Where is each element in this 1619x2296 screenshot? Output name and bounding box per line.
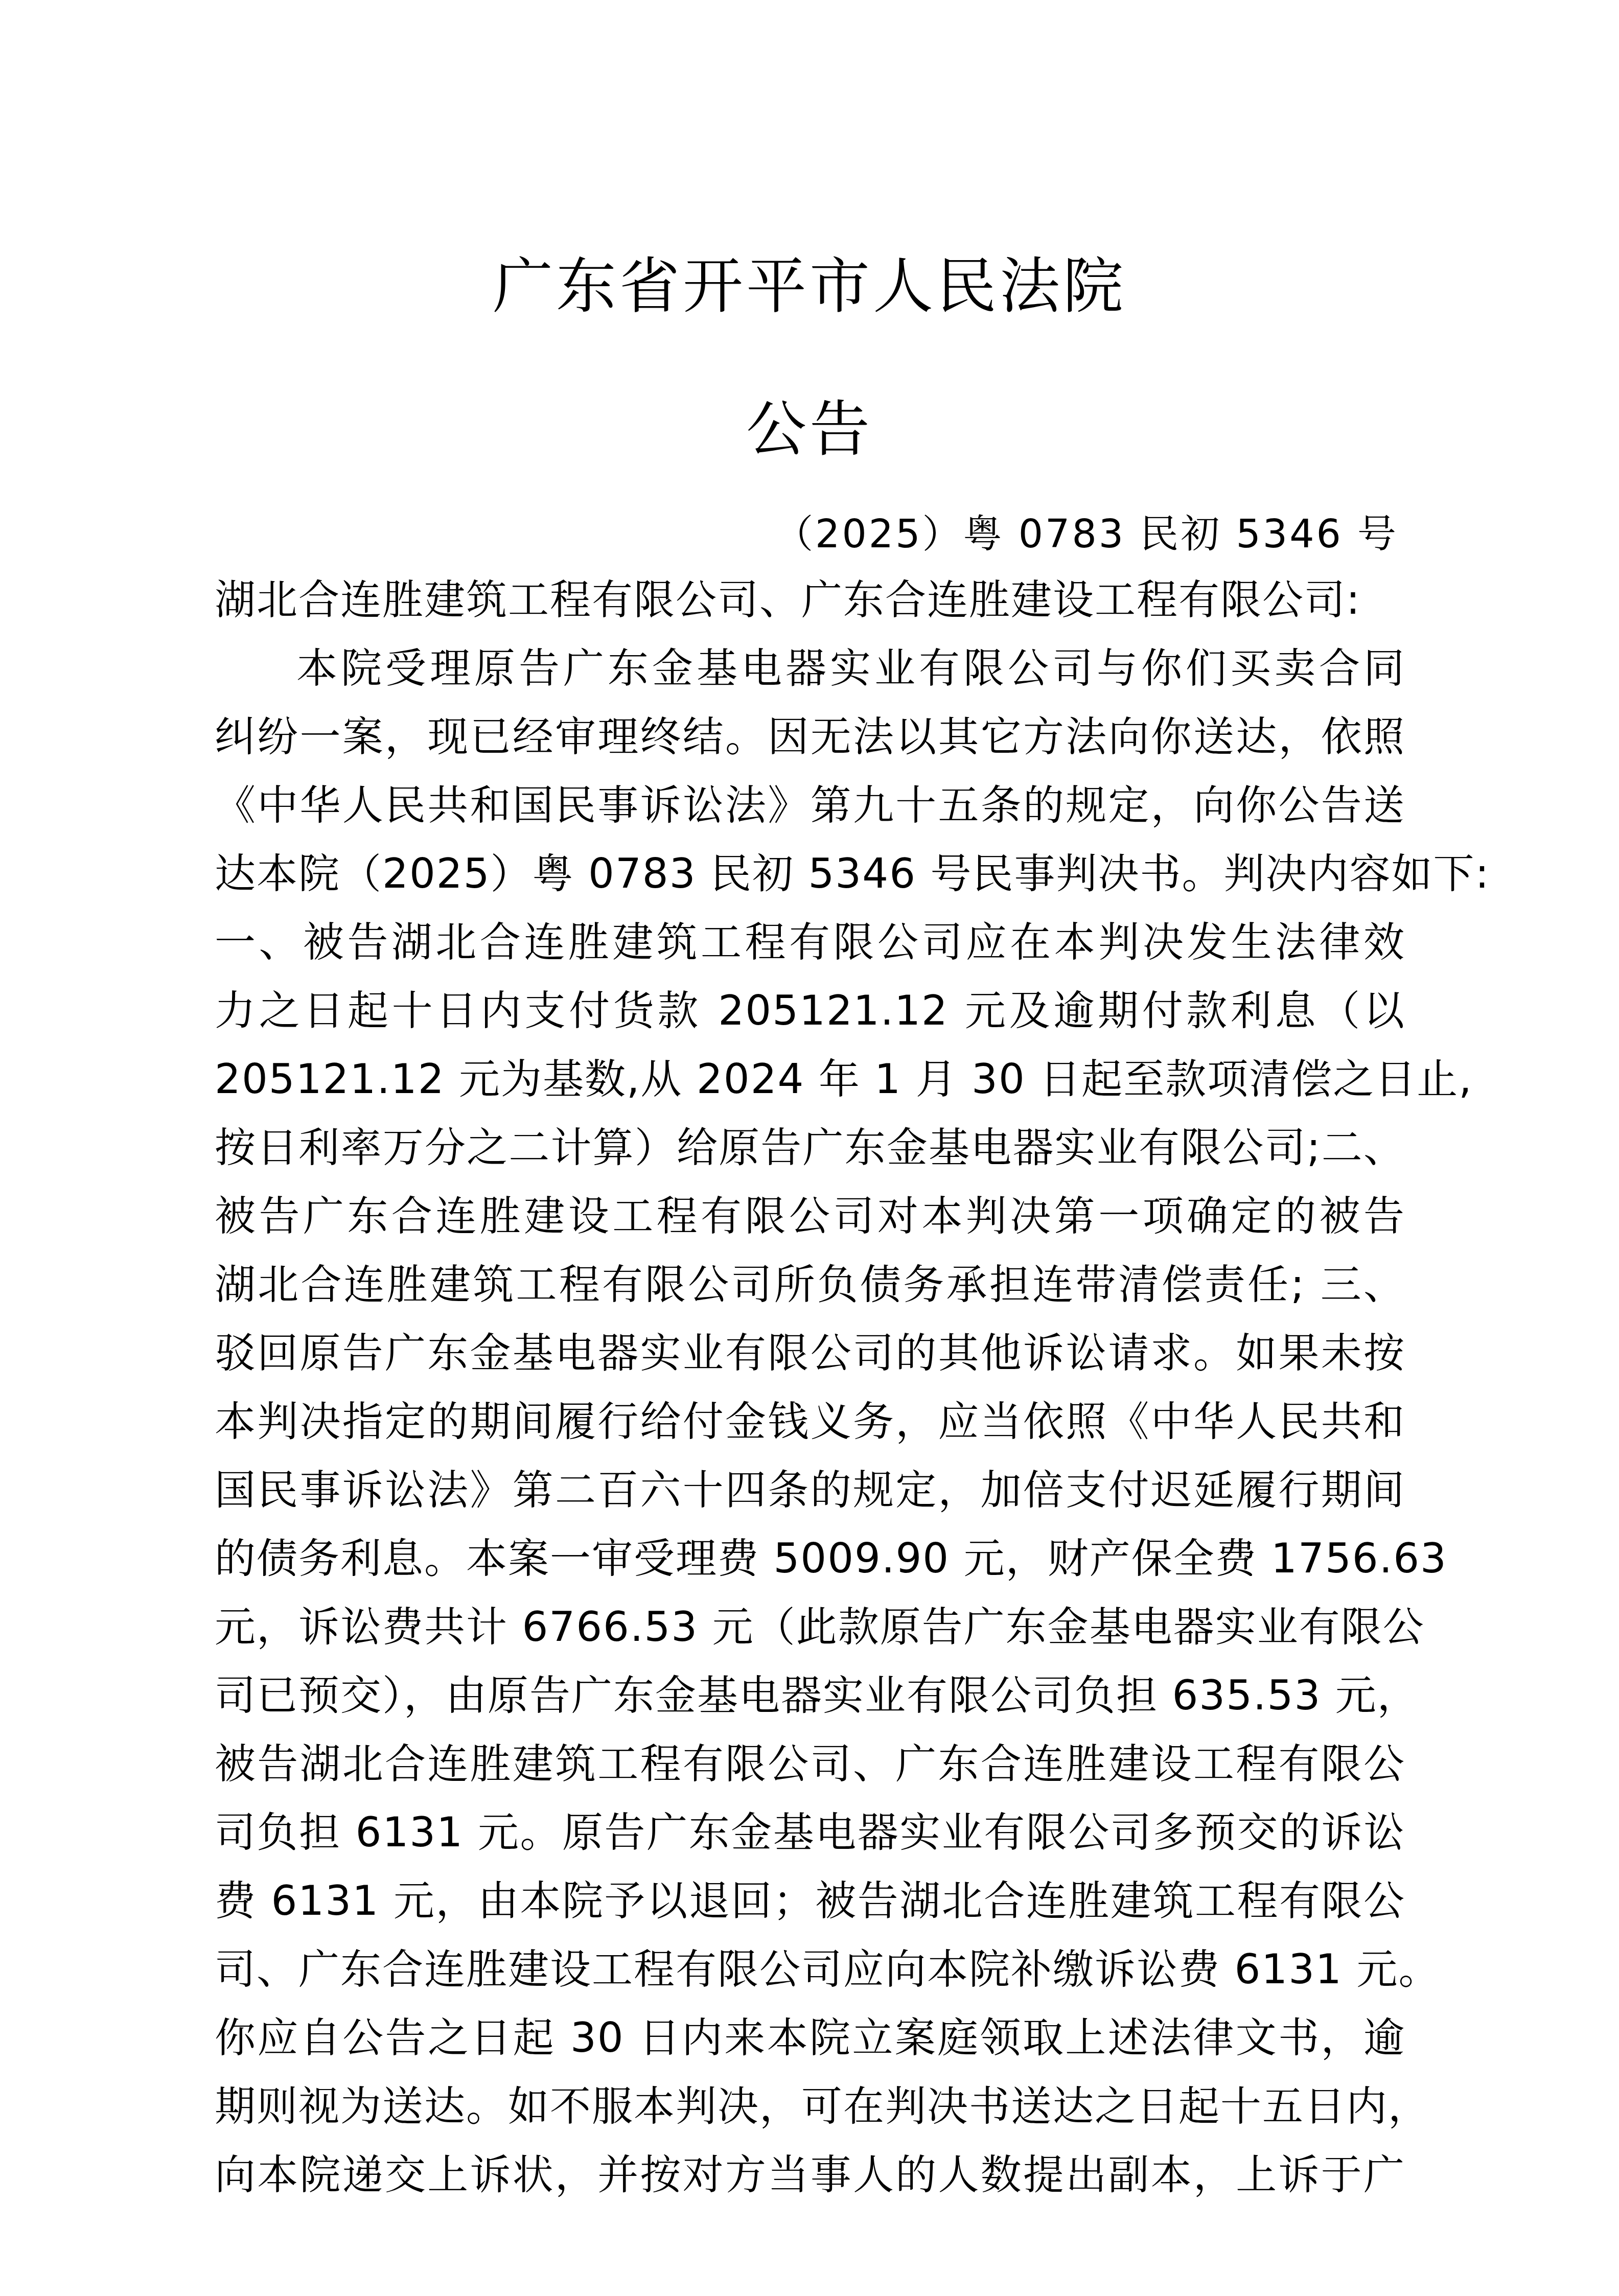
body-line: 元，诉讼费共计 6766.53 元（此款原告广东金基电器实业有限公 [215,1593,1405,1661]
body-line: 《中华人民共和国民事诉讼法》第九十五条的规定，向你公告送 [215,771,1405,840]
body-line: 的债务利息。本案一审受理费 5009.90 元，财产保全费 1756.63 [215,1524,1405,1593]
addressee-line: 湖北合连胜建筑工程有限公司、广东合连胜建设工程有限公司: [215,566,1405,634]
body-line: 按日利率万分之二计算）给原告广东金基电器实业有限公司;二、 [215,1114,1405,1182]
body-line: 被告湖北合连胜建筑工程有限公司、广东合连胜建设工程有限公 [215,1730,1405,1798]
body-line: 本院受理原告广东金基电器实业有限公司与你们买卖合同 [215,634,1405,703]
body-line: 期则视为送达。如不服本判决，可在判决书送达之日起十五日内， [215,2072,1405,2141]
body-line: 司已预交），由原告广东金基电器实业有限公司负担 635.53 元， [215,1661,1405,1730]
body-line: 司负担 6131 元。原告广东金基电器实业有限公司多预交的诉讼 [215,1798,1405,1867]
body-line: 你应自公告之日起 30 日内来本院立案庭领取上述法律文书，逾 [215,2004,1405,2072]
body-line: 费 6131 元，由本院予以退回；被告湖北合连胜建筑工程有限公 [215,1867,1405,1935]
court-name-heading: 广东省开平市人民法院 [0,245,1619,327]
body-line: 向本院递交上诉状，并按对方当事人的人数提出副本，上诉于广 [215,2141,1405,2209]
body-line: 驳回原告广东金基电器实业有限公司的其他诉讼请求。如果未按 [215,1319,1405,1387]
body-line: 湖北合连胜建筑工程有限公司所负债务承担连带清偿责任; 三、 [215,1250,1405,1319]
body-line: 纠纷一案，现已经审理终结。因无法以其它方法向你送达，依照 [215,703,1405,771]
body-line: 205121.12 元为基数,从 2024 年 1 月 30 日起至款项清偿之日… [215,1045,1405,1114]
body-line: 司、广东合连胜建设工程有限公司应向本院补缴诉讼费 6131 元。 [215,1935,1405,2004]
body-line: 达本院（2025）粤 0783 民初 5346 号民事判决书。判决内容如下: [215,840,1405,908]
case-number: （2025）粤 0783 民初 5346 号 [774,503,1398,565]
body-line: 本判决指定的期间履行给付金钱义务，应当依照《中华人民共和 [215,1387,1405,1456]
document-type-heading: 公告 [0,388,1619,470]
body-line: 国民事诉讼法》第二百六十四条的规定，加倍支付迟延履行期间 [215,1456,1405,1524]
body-line: 力之日起十日内支付货款 205121.12 元及逾期付款利息（以 [215,977,1405,1045]
body-line: 一、被告湖北合连胜建筑工程有限公司应在本判决发生法律效 [215,908,1405,977]
document-page: 广东省开平市人民法院 公告 （2025）粤 0783 民初 5346 号 湖北合… [0,0,1619,2296]
document-body: 湖北合连胜建筑工程有限公司、广东合连胜建设工程有限公司: 本院受理原告广东金基电… [215,566,1405,2209]
body-line: 被告广东合连胜建设工程有限公司对本判决第一项确定的被告 [215,1182,1405,1250]
